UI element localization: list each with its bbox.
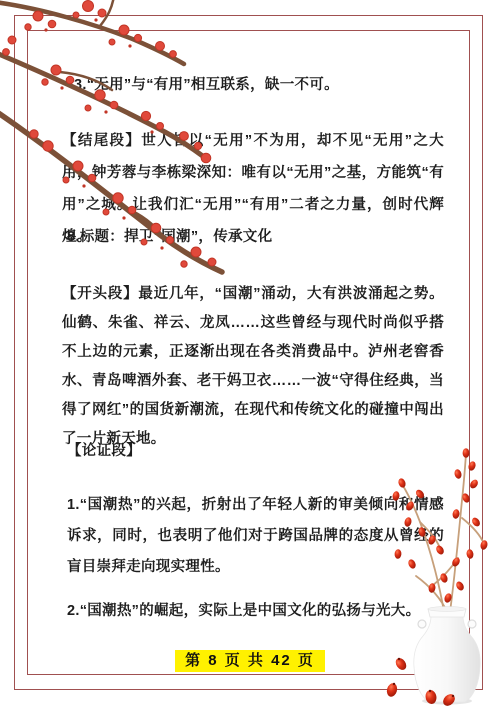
paragraph-argument-heading: 【论证段】 bbox=[62, 436, 444, 467]
page-number-badge: 第 8 页 共 42 页 bbox=[175, 650, 325, 672]
paragraph-argument-1: 1.“国潮热”的兴起，折射出了年轻人新的审美倾向和情感诉求，同时，也表明了他们对… bbox=[62, 490, 444, 583]
paragraph-point-3: 3.“无用”与“有用”相互联系，缺一不可。 bbox=[62, 70, 444, 101]
paragraph-opening-section: 【开头段】最近几年，“国潮”涌动，大有洪波涌起之势。仙鹤、朱雀、祥云、龙凤……这… bbox=[62, 280, 444, 454]
document-content: 3.“无用”与“有用”相互联系，缺一不可。 【结尾段】世人皆以“无用”不为用，却… bbox=[0, 0, 500, 707]
page-number-footer: 第 8 页 共 42 页 bbox=[0, 650, 500, 672]
paragraph-argument-2: 2.“国潮热”的崛起，实际上是中国文化的弘扬与光大。 bbox=[62, 596, 444, 627]
paragraph-title-8: 8.标题：捍卫“国潮”，传承文化 bbox=[62, 222, 444, 253]
